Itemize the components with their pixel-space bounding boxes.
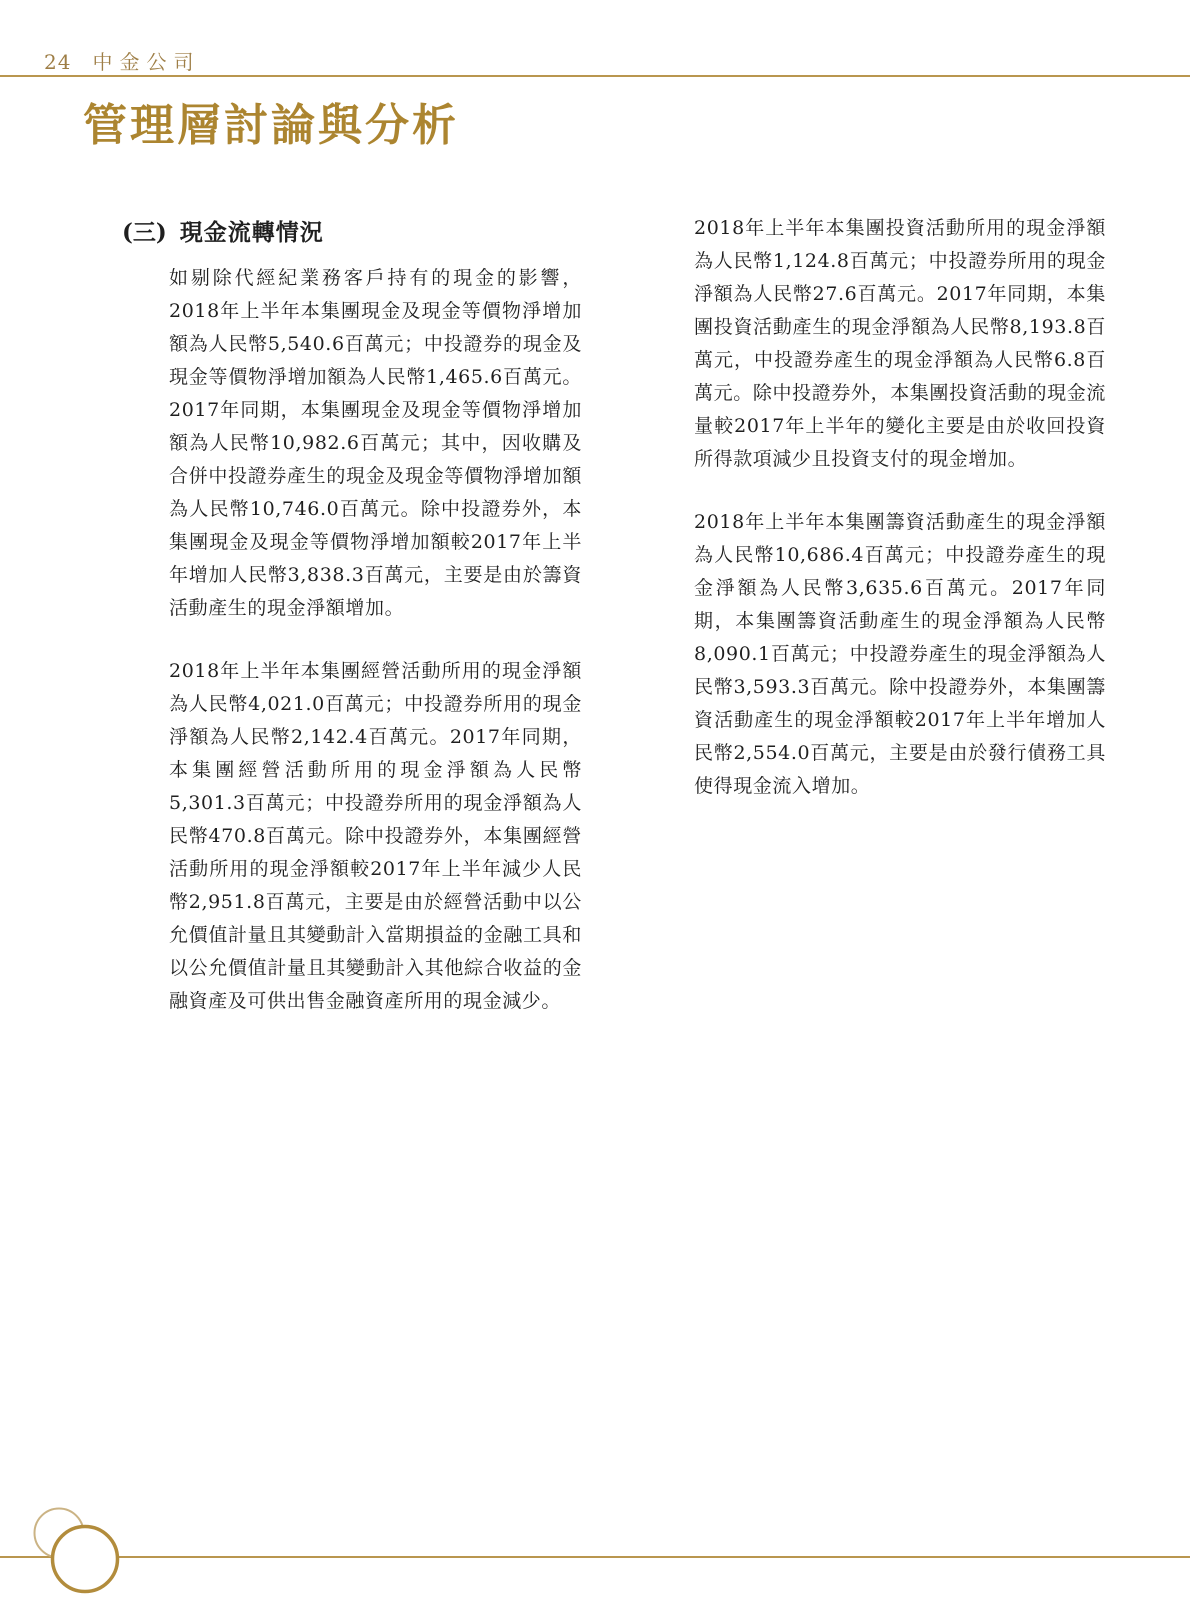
- paragraph: 如剔除代經紀業務客戶持有的現金的影響，2018年上半年本集團現金及現金等價物淨增…: [169, 262, 582, 625]
- paragraph: 2018年上半年本集團經營活動所用的現金淨額為人民幣4,021.0百萬元；中投證…: [169, 655, 582, 1018]
- paragraph: 2018年上半年本集團籌資活動產生的現金淨額為人民幣10,686.4百萬元；中投…: [694, 506, 1106, 803]
- page-number: 24: [44, 50, 71, 74]
- header-rule: [0, 75, 1190, 77]
- section-index: (三): [122, 219, 167, 246]
- section-heading: (三)現金流轉情況: [122, 219, 324, 247]
- paragraph: 2018年上半年本集團投資活動所用的現金淨額為人民幣1,124.8百萬元；中投證…: [694, 212, 1106, 476]
- right-column: 2018年上半年本集團投資活動所用的現金淨額為人民幣1,124.8百萬元；中投證…: [694, 212, 1106, 803]
- decor-circle-thick-icon: [53, 1527, 118, 1592]
- section-heading-text: 現金流轉情況: [180, 219, 324, 246]
- company-name: 中金公司: [92, 46, 200, 75]
- page-title: 管理層討論與分析: [83, 98, 459, 153]
- footer-rule: [0, 1556, 1190, 1558]
- left-column: 如剔除代經紀業務客戶持有的現金的影響，2018年上半年本集團現金及現金等價物淨增…: [169, 262, 582, 1018]
- decorative-circles-icon: [0, 1495, 160, 1615]
- report-page: 24 中金公司 管理層討論與分析 (三)現金流轉情況 如剔除代經紀業務客戶持有的…: [0, 0, 1190, 1615]
- page-header: 24 中金公司: [44, 46, 200, 75]
